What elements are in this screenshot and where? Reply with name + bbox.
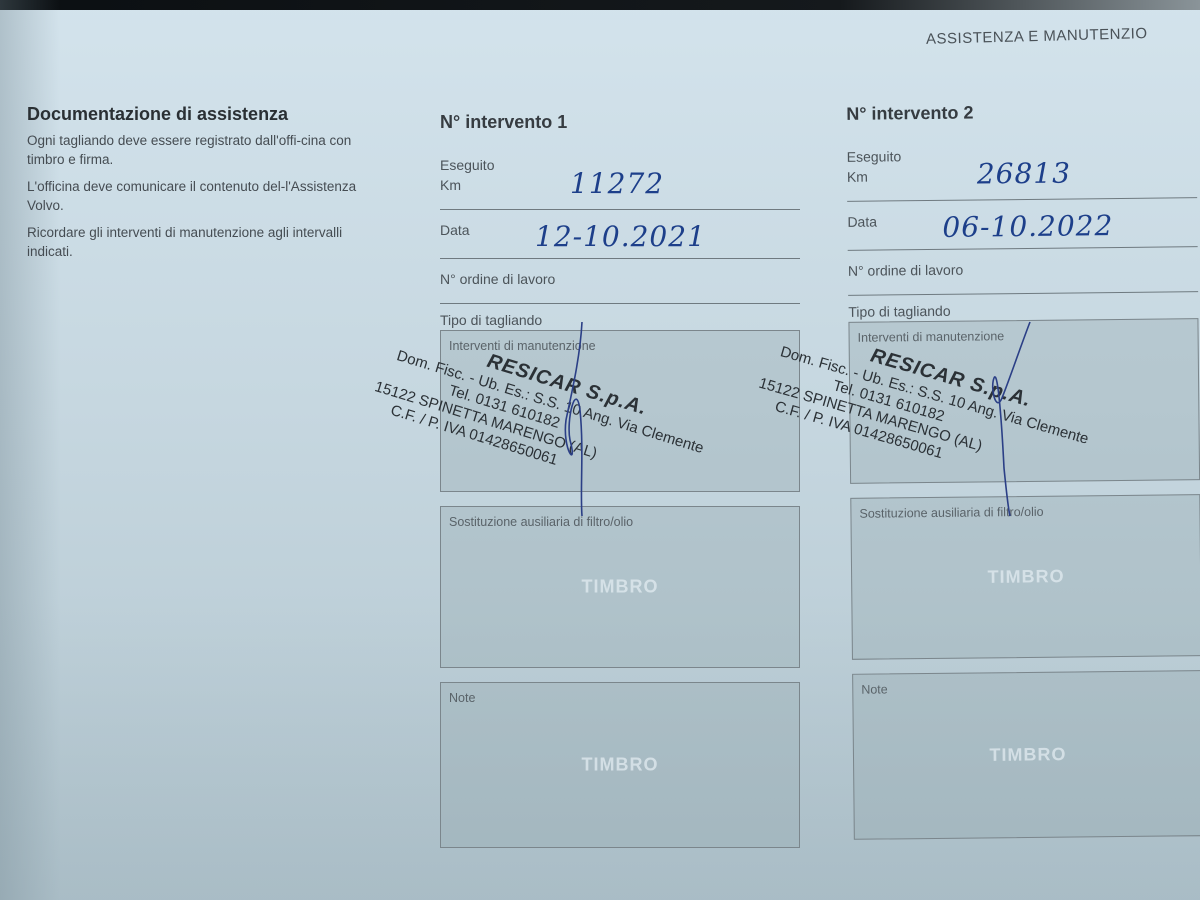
page-top-edge <box>0 0 1200 10</box>
notes-box[interactable]: Note TIMBRO <box>852 670 1200 840</box>
order-number-field[interactable]: N° ordine di lavoro <box>440 269 800 304</box>
filter-oil-box[interactable]: Sostituzione ausiliaria di filtro/olio T… <box>850 494 1200 660</box>
box-label: Note <box>861 682 888 696</box>
km-value: 11272 <box>570 167 664 200</box>
box-label: Note <box>449 691 475 705</box>
order-label: N° ordine di lavoro <box>848 257 1198 281</box>
intervention-title: N° intervento 2 <box>846 100 1196 125</box>
filter-oil-box[interactable]: Sostituzione ausiliaria di filtro/olio T… <box>440 506 800 668</box>
box-label: Interventi di manutenzione <box>858 329 1005 345</box>
intro-paragraph: Ricordare gli interventi di manutenzione… <box>27 223 387 261</box>
intro-title: Documentazione di assistenza <box>27 104 387 125</box>
km-value: 26813 <box>977 157 1071 191</box>
stamp-placeholder: TIMBRO <box>441 577 799 598</box>
notes-box[interactable]: Note TIMBRO <box>440 682 800 848</box>
km-field[interactable]: Eseguito Km 11272 <box>440 155 800 210</box>
service-type-label: Tipo di tagliando <box>440 312 800 328</box>
box-label: Interventi di manutenzione <box>449 339 596 353</box>
order-label: N° ordine di lavoro <box>440 269 800 289</box>
intervention-title: N° intervento 1 <box>440 112 800 133</box>
stamp-placeholder: TIMBRO <box>852 565 1200 590</box>
stamp-placeholder: TIMBRO <box>854 743 1200 768</box>
date-value: 12-10.2021 <box>535 220 706 253</box>
date-value: 06-10.2022 <box>942 209 1113 244</box>
box-label: Sostituzione ausiliaria di filtro/olio <box>449 515 633 529</box>
stamp-placeholder: TIMBRO <box>441 755 799 776</box>
km-field[interactable]: Eseguito Km 26813 <box>847 143 1198 202</box>
maintenance-box[interactable]: Interventi di manutenzione <box>848 318 1200 484</box>
intervention-2: N° intervento 2 Eseguito Km 26813 Data 0… <box>846 100 1200 840</box>
maintenance-box[interactable]: Interventi di manutenzione <box>440 330 800 492</box>
order-number-field[interactable]: N° ordine di lavoro <box>848 257 1198 296</box>
intervention-1: N° intervento 1 Eseguito Km 11272 Data 1… <box>440 112 800 848</box>
intro-paragraph: L'officina deve comunicare il contenuto … <box>27 177 387 215</box>
intro-section: Documentazione di assistenza Ogni taglia… <box>27 104 387 269</box>
date-field[interactable]: Data 12-10.2021 <box>440 220 800 259</box>
date-field[interactable]: Data 06-10.2022 <box>847 208 1197 251</box>
box-label: Sostituzione ausiliaria di filtro/olio <box>859 505 1043 521</box>
service-type-label: Tipo di tagliando <box>848 300 1198 320</box>
running-head: ASSISTENZA E MANUTENZIO <box>926 25 1148 48</box>
intro-paragraph: Ogni tagliando deve essere registrato da… <box>27 131 387 169</box>
